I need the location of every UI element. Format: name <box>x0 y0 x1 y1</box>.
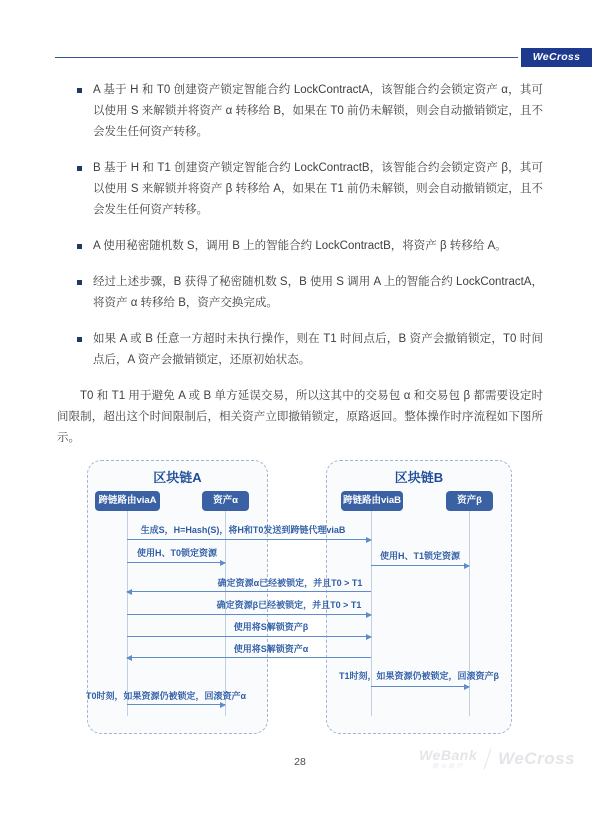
footer-brand: WeBank 微众银行 WeCross <box>419 748 575 770</box>
blockchain-b-title: 区块链B <box>326 467 512 486</box>
bullet-item: 如果 A 或 B 任意一方超时未执行操作，则在 T1 时间点后，B 资产会撤销锁… <box>77 329 543 371</box>
actor-asset-alpha: 资产α <box>202 491 249 511</box>
blockchain-a-title: 区块链A <box>87 467 268 486</box>
body-paragraph: T0 和 T1 用于避免 A 或 B 单方延误交易，所以这其中的交易包 α 和交… <box>57 386 543 449</box>
wecross-wordmark: WeCross <box>498 749 575 769</box>
bullet-list: A 基于 H 和 T0 创建资产锁定智能合约 LockContractA，该智能… <box>57 80 543 371</box>
message-arrow <box>371 686 469 687</box>
header-rule <box>55 57 518 58</box>
actor-router-via-a: 跨链路由viaA <box>95 491 160 511</box>
actor-router-via-b: 跨链路由viaB <box>341 491 403 511</box>
message-label: 生成S，H=Hash(S)，将H和T0发送到跨链代理viaB <box>141 523 346 536</box>
webank-logo: WeBank 微众银行 <box>419 748 477 770</box>
message-label: 确定资源β已经被锁定，并且T0 > T1 <box>217 598 362 611</box>
message-label: 使用H、T0锁定资源 <box>137 546 217 559</box>
brand-divider <box>484 748 492 769</box>
bullet-item: 经过上述步骤，B 获得了秘密随机数 S，B 使用 S 调用 A 上的智能合约 L… <box>77 272 543 314</box>
bullet-item: A 基于 H 和 T0 创建资产锁定智能合约 LockContractA，该智能… <box>77 80 543 143</box>
message-arrow <box>127 591 371 592</box>
message-arrow <box>127 636 371 637</box>
message-arrow <box>127 562 225 563</box>
wecross-logo: WeCross <box>521 48 592 67</box>
message-arrow <box>127 704 225 705</box>
webank-chinese-label: 微众银行 <box>419 764 477 770</box>
document-page: WeCross A 基于 H 和 T0 创建资产锁定智能合约 LockContr… <box>0 0 600 814</box>
message-label: 使用H、T1锁定资源 <box>380 549 460 562</box>
body-content: A 基于 H 和 T0 创建资产锁定智能合约 LockContractA，该智能… <box>57 80 543 449</box>
message-label: 使用将S解锁资产α <box>234 642 309 655</box>
message-arrow <box>127 657 371 658</box>
bullet-item: B 基于 H 和 T1 创建资产锁定智能合约 LockContractB，该智能… <box>77 158 543 221</box>
message-label: T0时刻，如果资源仍被锁定，回滚资产α <box>86 689 246 702</box>
actor-asset-beta: 资产β <box>446 491 493 511</box>
webank-wordmark: WeBank <box>419 748 477 762</box>
bullet-item: A 使用秘密随机数 S，调用 B 上的智能合约 LockContractB，将资… <box>77 236 543 257</box>
message-arrow <box>127 539 371 540</box>
message-label: 确定资源α已经被锁定，并且T0 > T1 <box>218 576 363 589</box>
message-arrow <box>371 565 469 566</box>
message-label: T1时刻，如果资源仍被锁定，回滚资产β <box>339 669 499 682</box>
message-label: 使用将S解锁资产β <box>234 620 309 633</box>
message-arrow <box>127 614 371 615</box>
